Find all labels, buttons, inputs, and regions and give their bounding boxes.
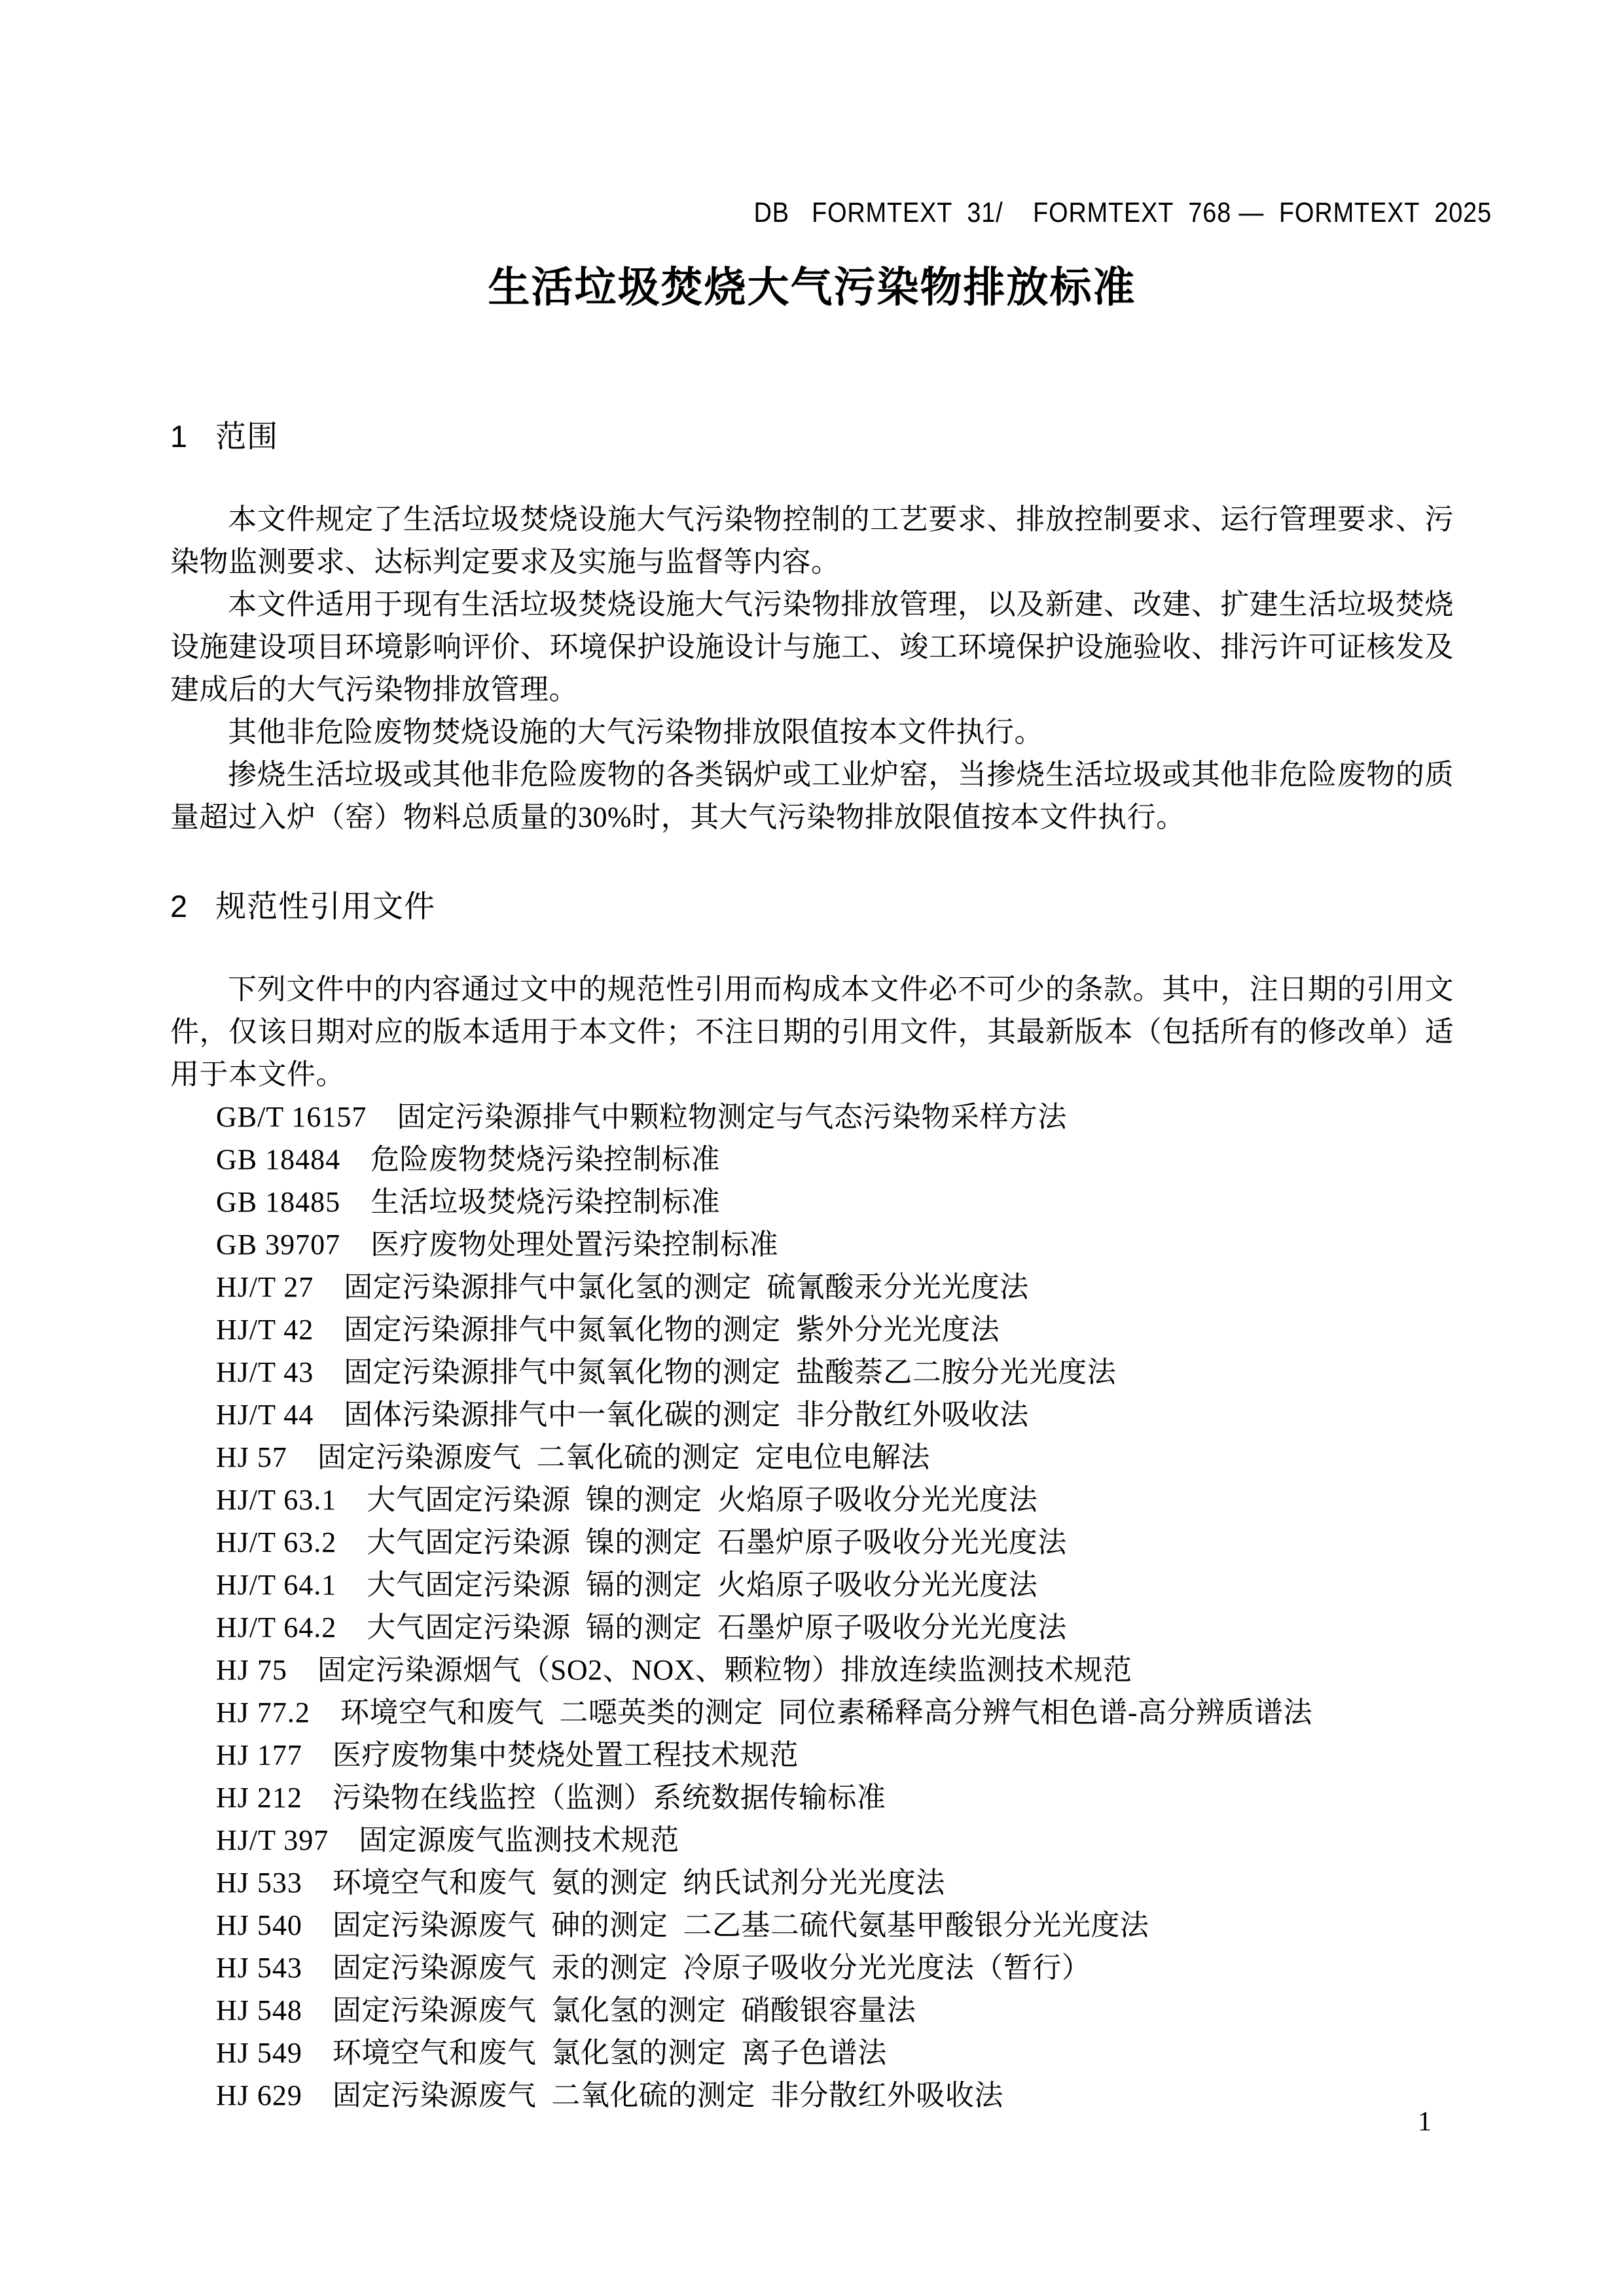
- reference-item: HJ 57固定污染源废气 二氧化硫的测定 定电位电解法: [170, 1436, 1454, 1479]
- reference-title: 固体污染源排气中一氧化碳的测定 非分散红外吸收法: [344, 1399, 1029, 1431]
- reference-code: HJ/T 64.1: [216, 1569, 336, 1601]
- reference-code: HJ 77.2: [216, 1696, 310, 1729]
- reference-item: HJ/T 64.1大气固定污染源 镉的测定 火焰原子吸收分光光度法: [170, 1564, 1454, 1606]
- section-1-number: 1: [170, 419, 188, 454]
- reference-title: 固定污染源烟气（SO2、NOX、颗粒物）排放连续监测技术规范: [317, 1654, 1132, 1686]
- reference-item: GB 18484危险废物焚烧污染控制标准: [170, 1138, 1454, 1181]
- reference-title: 固定污染源废气 砷的测定 二乙基二硫代氨基甲酸银分光光度法: [333, 1909, 1149, 1941]
- reference-code: HJ 177: [216, 1739, 302, 1771]
- reference-title: 环境空气和废气 二噁英类的测定 同位素稀释高分辨气相色谱-高分辨质谱法: [340, 1696, 1312, 1729]
- reference-item: HJ/T 64.2大气固定污染源 镉的测定 石墨炉原子吸收分光光度法: [170, 1606, 1454, 1649]
- reference-code: HJ/T 44: [216, 1399, 314, 1431]
- reference-item: HJ/T 63.2大气固定污染源 镍的测定 石墨炉原子吸收分光光度法: [170, 1521, 1454, 1564]
- reference-title: 固定污染源废气 二氧化硫的测定 定电位电解法: [317, 1441, 930, 1473]
- document-page: DB FORMTEXT 31/ FORMTEXT 768 — FORMTEXT …: [0, 0, 1624, 2296]
- reference-code: HJ 57: [216, 1441, 287, 1473]
- reference-code: HJ 543: [216, 1952, 302, 1984]
- reference-title: 大气固定污染源 镍的测定 火焰原子吸收分光光度法: [367, 1484, 1038, 1516]
- section-2-number: 2: [170, 889, 188, 924]
- reference-title: 医疗废物处理处置污染控制标准: [370, 1229, 778, 1261]
- reference-item: HJ 212污染物在线监控（监测）系统数据传输标准: [170, 1776, 1454, 1819]
- reference-code: HJ 548: [216, 1994, 302, 2026]
- reference-code: GB 18485: [216, 1186, 340, 1218]
- reference-title: 固定污染源排气中氯化氢的测定 硫氰酸汞分光光度法: [344, 1271, 1029, 1303]
- section-1-heading: 1范围: [170, 421, 1454, 452]
- section-scope: 1范围 本文件规定了生活垃圾焚烧设施大气污染物控制的工艺要求、排放控制要求、运行…: [170, 421, 1454, 838]
- reference-title: 固定污染源排气中颗粒物测定与气态污染物采样方法: [397, 1101, 1067, 1133]
- reference-item: HJ 177医疗废物集中焚烧处置工程技术规范: [170, 1734, 1454, 1776]
- reference-item: HJ/T 42固定污染源排气中氮氧化物的测定 紫外分光光度法: [170, 1308, 1454, 1351]
- reference-code: HJ/T 397: [216, 1824, 329, 1856]
- reference-code: HJ 540: [216, 1909, 302, 1941]
- reference-item: HJ 549环境空气和废气 氯化氢的测定 离子色谱法: [170, 2032, 1454, 2074]
- reference-item: HJ 540固定污染源废气 砷的测定 二乙基二硫代氨基甲酸银分光光度法: [170, 1904, 1454, 1946]
- reference-code: HJ 212: [216, 1782, 302, 1814]
- reference-item: HJ/T 43固定污染源排气中氮氧化物的测定 盐酸萘乙二胺分光光度法: [170, 1351, 1454, 1393]
- reference-code: HJ/T 42: [216, 1314, 314, 1346]
- reference-item: HJ/T 44固体污染源排气中一氧化碳的测定 非分散红外吸收法: [170, 1393, 1454, 1436]
- reference-title: 固定污染源废气 氯化氢的测定 硝酸银容量法: [333, 1994, 916, 2026]
- reference-title: 大气固定污染源 镍的测定 石墨炉原子吸收分光光度法: [367, 1526, 1067, 1558]
- section-2-title: 规范性引用文件: [215, 889, 435, 924]
- scope-paragraph: 本文件适用于现有生活垃圾焚烧设施大气污染物排放管理，以及新建、改建、扩建生活垃圾…: [170, 583, 1454, 711]
- reference-title: 固定污染源废气 二氧化硫的测定 非分散红外吸收法: [333, 2079, 1003, 2111]
- reference-item: GB 39707医疗废物处理处置污染控制标准: [170, 1223, 1454, 1266]
- section-1-title: 范围: [215, 419, 278, 454]
- reference-item: GB 18485生活垃圾焚烧污染控制标准: [170, 1181, 1454, 1223]
- reference-item: HJ 629固定污染源废气 二氧化硫的测定 非分散红外吸收法: [170, 2074, 1454, 2117]
- page-number: 1: [1418, 2108, 1432, 2136]
- reference-title: 固定源废气监测技术规范: [359, 1824, 679, 1856]
- reference-code: HJ 549: [216, 2037, 302, 2069]
- reference-item: HJ 548固定污染源废气 氯化氢的测定 硝酸银容量法: [170, 1989, 1454, 2032]
- reference-code: HJ 533: [216, 1867, 302, 1899]
- reference-code: HJ/T 63.2: [216, 1526, 336, 1558]
- reference-title: 危险废物焚烧污染控制标准: [370, 1143, 720, 1175]
- scope-paragraph: 本文件规定了生活垃圾焚烧设施大气污染物控制的工艺要求、排放控制要求、运行管理要求…: [170, 498, 1454, 583]
- reference-title: 生活垃圾焚烧污染控制标准: [370, 1186, 720, 1218]
- scope-paragraph: 掺烧生活垃圾或其他非危险废物的各类锅炉或工业炉窑，当掺烧生活垃圾或其他非危险废物…: [170, 753, 1454, 838]
- reference-item: HJ/T 27固定污染源排气中氯化氢的测定 硫氰酸汞分光光度法: [170, 1266, 1454, 1308]
- reference-item: GB/T 16157固定污染源排气中颗粒物测定与气态污染物采样方法: [170, 1096, 1454, 1138]
- section-normative-references: 2规范性引用文件 下列文件中的内容通过文中的规范性引用而构成本文件必不可少的条款…: [170, 891, 1454, 2117]
- reference-item: HJ/T 397固定源废气监测技术规范: [170, 1819, 1454, 1861]
- reference-title: 固定污染源废气 汞的测定 冷原子吸收分光光度法（暂行）: [333, 1952, 1091, 1984]
- reference-item: HJ 77.2环境空气和废气 二噁英类的测定 同位素稀释高分辨气相色谱-高分辨质…: [170, 1691, 1454, 1734]
- reference-code: GB/T 16157: [216, 1101, 367, 1133]
- section-2-heading: 2规范性引用文件: [170, 891, 1454, 922]
- reference-code: HJ/T 43: [216, 1356, 314, 1388]
- references-intro-paragraph: 下列文件中的内容通过文中的规范性引用而构成本文件必不可少的条款。其中，注日期的引…: [170, 968, 1454, 1096]
- document-header-designation: DB FORMTEXT 31/ FORMTEXT 768 — FORMTEXT …: [329, 0, 1492, 227]
- reference-code: GB 18484: [216, 1143, 340, 1175]
- reference-title: 污染物在线监控（监测）系统数据传输标准: [333, 1782, 886, 1814]
- document-title: 生活垃圾焚烧大气污染物排放标准: [170, 265, 1454, 310]
- reference-title: 固定污染源排气中氮氧化物的测定 紫外分光光度法: [344, 1314, 1000, 1346]
- reference-item: HJ/T 63.1大气固定污染源 镍的测定 火焰原子吸收分光光度法: [170, 1479, 1454, 1521]
- reference-item: HJ 75固定污染源烟气（SO2、NOX、颗粒物）排放连续监测技术规范: [170, 1649, 1454, 1691]
- reference-title: 大气固定污染源 镉的测定 石墨炉原子吸收分光光度法: [367, 1611, 1067, 1643]
- reference-title: 环境空气和废气 氯化氢的测定 离子色谱法: [333, 2037, 887, 2069]
- reference-item: HJ 543固定污染源废气 汞的测定 冷原子吸收分光光度法（暂行）: [170, 1946, 1454, 1989]
- reference-code: HJ/T 63.1: [216, 1484, 336, 1516]
- reference-code: GB 39707: [216, 1229, 340, 1261]
- reference-code: HJ 629: [216, 2079, 302, 2111]
- scope-paragraph: 其他非危险废物焚烧设施的大气污染物排放限值按本文件执行。: [170, 711, 1454, 753]
- reference-title: 医疗废物集中焚烧处置工程技术规范: [333, 1739, 799, 1771]
- reference-item: HJ 533环境空气和废气 氨的测定 纳氏试剂分光光度法: [170, 1861, 1454, 1904]
- reference-code: HJ/T 27: [216, 1271, 314, 1303]
- reference-title: 环境空气和废气 氨的测定 纳氏试剂分光光度法: [333, 1867, 945, 1899]
- references-list: GB/T 16157固定污染源排气中颗粒物测定与气态污染物采样方法GB 1848…: [170, 1096, 1454, 2117]
- reference-code: HJ 75: [216, 1654, 287, 1686]
- reference-title: 固定污染源排气中氮氧化物的测定 盐酸萘乙二胺分光光度法: [344, 1356, 1116, 1388]
- reference-code: HJ/T 64.2: [216, 1611, 336, 1643]
- reference-title: 大气固定污染源 镉的测定 火焰原子吸收分光光度法: [367, 1569, 1038, 1601]
